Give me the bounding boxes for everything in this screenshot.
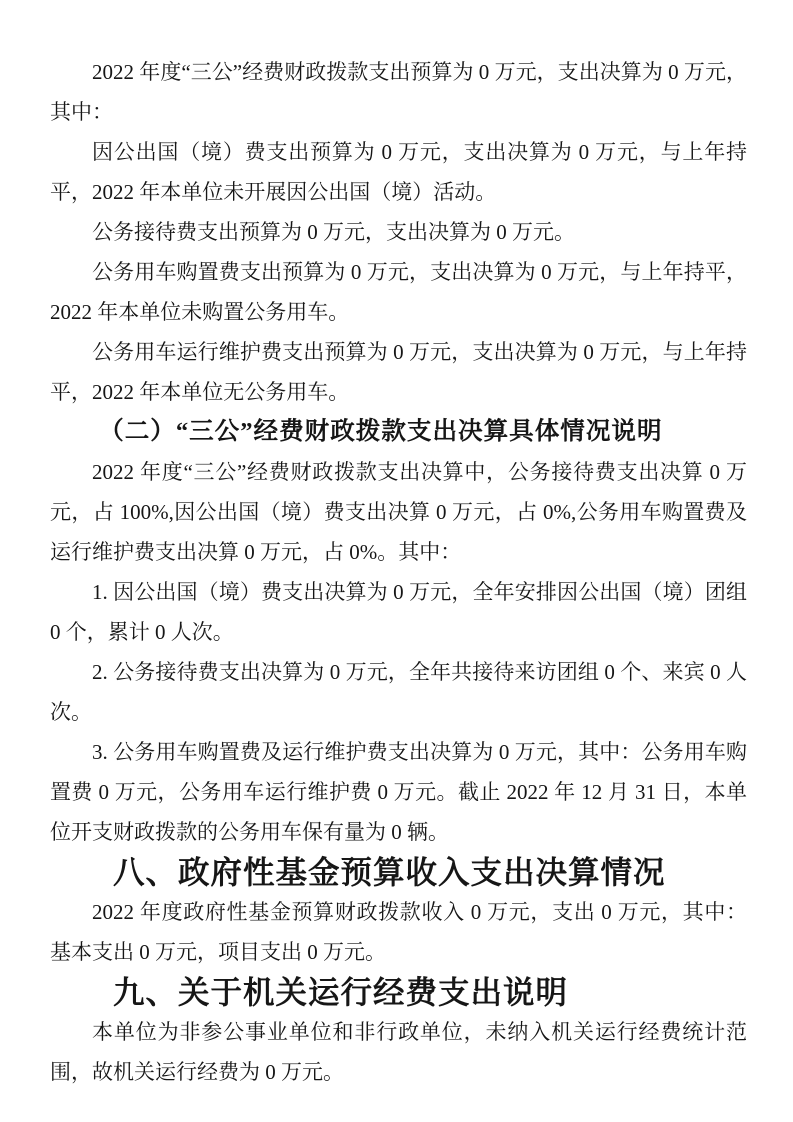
list-item-3-vehicle-final: 3. 公务用车购置费及运行维护费支出决算为 0 万元，其中：公务用车购置费 0 … bbox=[50, 732, 747, 852]
paragraph-operating-expense: 本单位为非参公事业单位和非行政单位，未纳入机关运行经费统计范围，故机关运行经费为… bbox=[50, 1012, 747, 1092]
document-page: 2022 年度“三公”经费财政拨款支出预算为 0 万元，支出决算为 0 万元，其… bbox=[0, 0, 793, 1122]
section-heading-sangong-detail: （二）“三公”经费财政拨款支出决算具体情况说明 bbox=[50, 412, 747, 452]
section-heading-operating-expense: 九、关于机关运行经费支出说明 bbox=[50, 972, 747, 1012]
paragraph-sangong-final-breakdown: 2022 年度“三公”经费财政拨款支出决算中，公务接待费支出决算 0 万元，占 … bbox=[50, 452, 747, 572]
paragraph-sangong-budget-summary: 2022 年度“三公”经费财政拨款支出预算为 0 万元，支出决算为 0 万元，其… bbox=[50, 52, 747, 132]
paragraph-government-fund: 2022 年度政府性基金预算财政拨款收入 0 万元，支出 0 万元，其中：基本支… bbox=[50, 892, 747, 972]
paragraph-vehicle-purchase-expense: 公务用车购置费支出预算为 0 万元，支出决算为 0 万元，与上年持平，2022 … bbox=[50, 252, 747, 332]
paragraph-vehicle-maintenance-expense: 公务用车运行维护费支出预算为 0 万元，支出决算为 0 万元，与上年持平，202… bbox=[50, 332, 747, 412]
section-heading-government-fund: 八、政府性基金预算收入支出决算情况 bbox=[50, 852, 747, 892]
list-item-1-abroad-final: 1. 因公出国（境）费支出决算为 0 万元，全年安排因公出国（境）团组 0 个，… bbox=[50, 572, 747, 652]
list-item-2-reception-final: 2. 公务接待费支出决算为 0 万元，全年共接待来访团组 0 个、来宾 0 人次… bbox=[50, 652, 747, 732]
paragraph-abroad-expense: 因公出国（境）费支出预算为 0 万元，支出决算为 0 万元，与上年持平，2022… bbox=[50, 132, 747, 212]
paragraph-reception-expense: 公务接待费支出预算为 0 万元，支出决算为 0 万元。 bbox=[50, 212, 747, 252]
